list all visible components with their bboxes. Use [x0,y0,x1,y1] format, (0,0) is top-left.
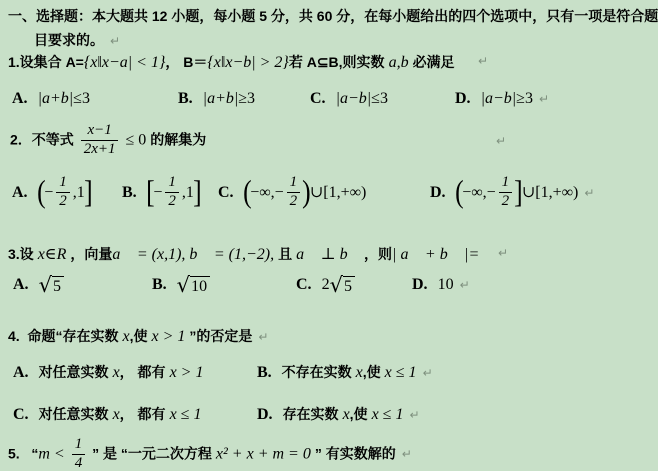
text-run: ， B＝ [165,54,207,70]
math-run: −∞,− [462,184,495,201]
fraction-denominator: 2x+1 [81,141,119,158]
stretch-delimiter: ( [37,176,46,206]
math-italic-run: a,b [385,54,413,71]
option-label: C. [310,90,326,107]
text-run: ，则 [364,246,392,262]
text-run: ” 有实数解的 [315,445,396,461]
math-run: 2 [322,276,330,293]
math-italic-run: |a+b| [203,90,239,107]
math-italic-run: {x‖x−b| > 2} [207,54,288,71]
paragraph-mark-icon: ↵ [498,246,508,260]
math-italic-run: | a⃗ + b⃗ |= [392,246,479,263]
question-5-stem: 5. “m < 14 ” 是 “一元二次方程 x² + x + m = 0 ” … [8,438,412,471]
question-1-option-d: D.|a−b|≥3↵ [455,90,549,108]
fraction: 12 [56,175,70,210]
text-run: ，向量 [70,246,112,262]
text-run: 若 A⊆B,则实数 [289,54,385,70]
text-run: 1.设集合 A= [8,54,84,70]
paragraph-mark-icon: ↵ [258,330,268,344]
option-label: C. [296,276,312,293]
fraction-numerator: 1 [499,175,513,193]
fraction: 12 [287,175,301,210]
text-run: 目要求的。 [34,32,104,48]
math-italic-run: x∈R [34,246,71,263]
fraction-numerator: x−1 [81,123,119,141]
radicand: 10 [190,276,210,296]
math-italic-run: x > 1 [166,364,204,381]
math-italic-run: m < [38,445,68,462]
math-italic-run: x ≤ 1 [381,364,417,381]
option-label: B. [152,276,167,293]
fraction-numerator: 1 [287,175,301,193]
question-4-option-a: A.对任意实数 x， 都有 x > 1 [13,362,203,382]
question-2-option-a: A.(−12,1] [12,176,91,211]
question-4-option-c: C.对任意实数 x， 都有 x ≤ 1 [13,404,201,424]
stretch-delimiter: ) [302,176,311,206]
stretch-delimiter: ] [193,176,202,206]
radicand: 5 [52,276,64,296]
question-4-option-b: B.不存在实数 x,使 x ≤ 1↵ [257,362,433,382]
math-italic-run: |a+b| [38,90,74,107]
stretch-delimiter: [ [146,176,155,206]
question-4-stem: 4. 命题“存在实数 x,使 x > 1 ”的否定是↵ [8,326,268,348]
text-run: ， 都有 [120,406,166,422]
math-run: 10 [438,276,454,293]
math-run: ,1 [73,184,85,201]
option-label: B. [122,184,137,201]
paragraph-mark-icon: ↵ [110,34,120,48]
fraction: x−12x+1 [81,123,119,158]
question-4-option-d: D.存在实数 x,使 x ≤ 1↵ [257,404,420,424]
paragraph-mark-icon: ↵ [584,186,594,200]
fraction-numerator: 1 [72,437,86,455]
text-run: ,使 [363,364,381,380]
fraction: 14 [72,437,86,471]
text-run: 对任意实数 [39,364,109,380]
radical-sign-icon: √ [330,276,343,295]
math-run: ∪[1,+∞) [310,184,367,201]
math-italic-run: |a−b| [481,90,517,107]
option-label: B. [257,364,272,381]
square-root: √5 [330,276,355,296]
option-label: A. [12,184,28,201]
exam-document-page: 一、选择题：本大题共 12 小题，每小题 5 分，共 60 分，在每小题给出的四… [0,0,658,471]
paragraph-mark-icon: ↵ [409,408,419,422]
square-root: √5 [39,276,64,296]
text-run: 4. 命题“存在实数 [8,328,118,344]
paragraph-mark-icon: ↵ [478,54,488,68]
section-title-line2: 目要求的。↵ [34,30,120,52]
math-italic-run: a⃗ = (x,1), b⃗ = (1,−2), [112,246,278,263]
option-label: C. [13,406,29,423]
text-run: 对任意实数 [39,406,109,422]
text-run: ,使 [350,406,368,422]
paragraph-mark-icon: ↵ [402,447,412,461]
question-1-stem: 1.设集合 A={x‖x−a| < 1}， B＝{x‖x−b| > 2}若 A⊆… [8,52,455,74]
text-run: ， 都有 [120,364,166,380]
fraction: 12 [165,175,179,210]
paragraph-mark-icon: ↵ [423,366,433,380]
stretch-delimiter: ( [243,176,252,206]
stretch-delimiter: ] [84,176,93,206]
fraction-denominator: 2 [499,193,513,210]
fraction-numerator: 1 [56,175,70,193]
text-run: ”的否定是 [189,328,252,344]
option-label: A. [13,276,29,293]
text-run: 存在实数 [283,406,339,422]
math-italic-run: x [109,406,120,423]
fraction: 12 [499,175,513,210]
question-2-option-d: D.(−∞,−12]∪[1,+∞)↵ [430,176,594,211]
text-run: 的解集为 [150,131,206,147]
text-run: 不存在实数 [282,364,352,380]
question-2-stem: 2．不等式 x−12x+1 ≤ 0 的解集为 [10,124,206,159]
question-3-option-c: C.2√5 [296,276,355,296]
question-2-option-c: C.(−∞,−12)∪[1,+∞) [218,176,366,211]
math-run: ≤3 [73,90,90,107]
question-1-option-b: B.|a+b|≥3 [178,90,255,108]
radical-sign-icon: √ [177,276,190,295]
text-run: ” 是 “一元二次方程 [88,445,212,461]
radicand: 5 [343,276,355,296]
text-run: 必满足 [413,54,455,70]
option-label: D. [455,90,471,107]
option-label: A. [12,90,28,107]
text-run: 2．不等式 [10,131,78,147]
math-run: ∪[1,+∞) [522,184,579,201]
text-run: 且 [278,246,292,262]
radical-sign-icon: √ [39,276,52,295]
question-1-option-c: C.|a−b|≤3 [310,90,388,108]
text-run: ,使 [130,328,148,344]
math-italic-run: x ≤ 1 [368,406,404,423]
text-run: 5. “ [8,445,38,461]
paragraph-mark-icon: ↵ [539,92,549,106]
math-italic-run: |a−b| [336,90,372,107]
math-italic-run: x > 1 [147,328,189,345]
math-run: ≥3 [238,90,255,107]
math-italic-run: x [109,364,120,381]
question-3-option-b: B.√10 [152,276,210,296]
math-run: − [153,184,162,201]
question-1-option-a: A.|a+b|≤3 [12,90,90,108]
fraction-denominator: 2 [56,193,70,210]
math-run: ,1 [182,184,194,201]
paragraph-mark-icon: ↵ [496,134,506,148]
section-title-line1: 一、选择题：本大题共 12 小题，每小题 5 分，共 60 分，在每小题给出的四… [8,6,658,28]
option-label: D. [430,184,446,201]
math-run: ≤ 0 [121,131,150,148]
text-run: 一、选择题：本大题共 12 小题，每小题 5 分，共 60 分，在每小题给出的四… [8,8,658,24]
option-label: D. [412,276,428,293]
fraction-numerator: 1 [165,175,179,193]
question-3-option-d: D.10↵ [412,276,470,294]
stretch-delimiter: ] [514,176,523,206]
question-3-option-a: A.√5 [13,276,64,296]
paragraph-mark-icon: ↵ [460,278,470,292]
math-run: ≥3 [516,90,533,107]
question-3-stem: 3.设 x∈R ，向量a⃗ = (x,1), b⃗ = (1,−2), 且 a⃗… [8,244,479,266]
fraction-denominator: 2 [287,193,301,210]
fraction-denominator: 4 [72,455,86,471]
option-label: C. [218,184,234,201]
math-italic-run: a⃗ ⊥ b⃗ [292,246,364,263]
stretch-delimiter: ( [455,176,464,206]
option-label: D. [257,406,273,423]
fraction-denominator: 2 [165,193,179,210]
option-label: A. [13,364,29,381]
option-label: B. [178,90,193,107]
math-italic-run: x² + x + m = 0 [212,445,315,462]
question-2-option-b: B.[−12,1] [122,176,201,211]
math-italic-run: x [118,328,129,345]
math-italic-run: x ≤ 1 [166,406,202,423]
math-run: −∞,− [250,184,283,201]
text-run: 3.设 [8,246,34,262]
square-root: √10 [177,276,210,296]
math-italic-run: x [352,364,363,381]
math-run: ≤3 [371,90,388,107]
math-italic-run: x [339,406,350,423]
math-italic-run: {x‖x−a| < 1} [84,54,165,71]
